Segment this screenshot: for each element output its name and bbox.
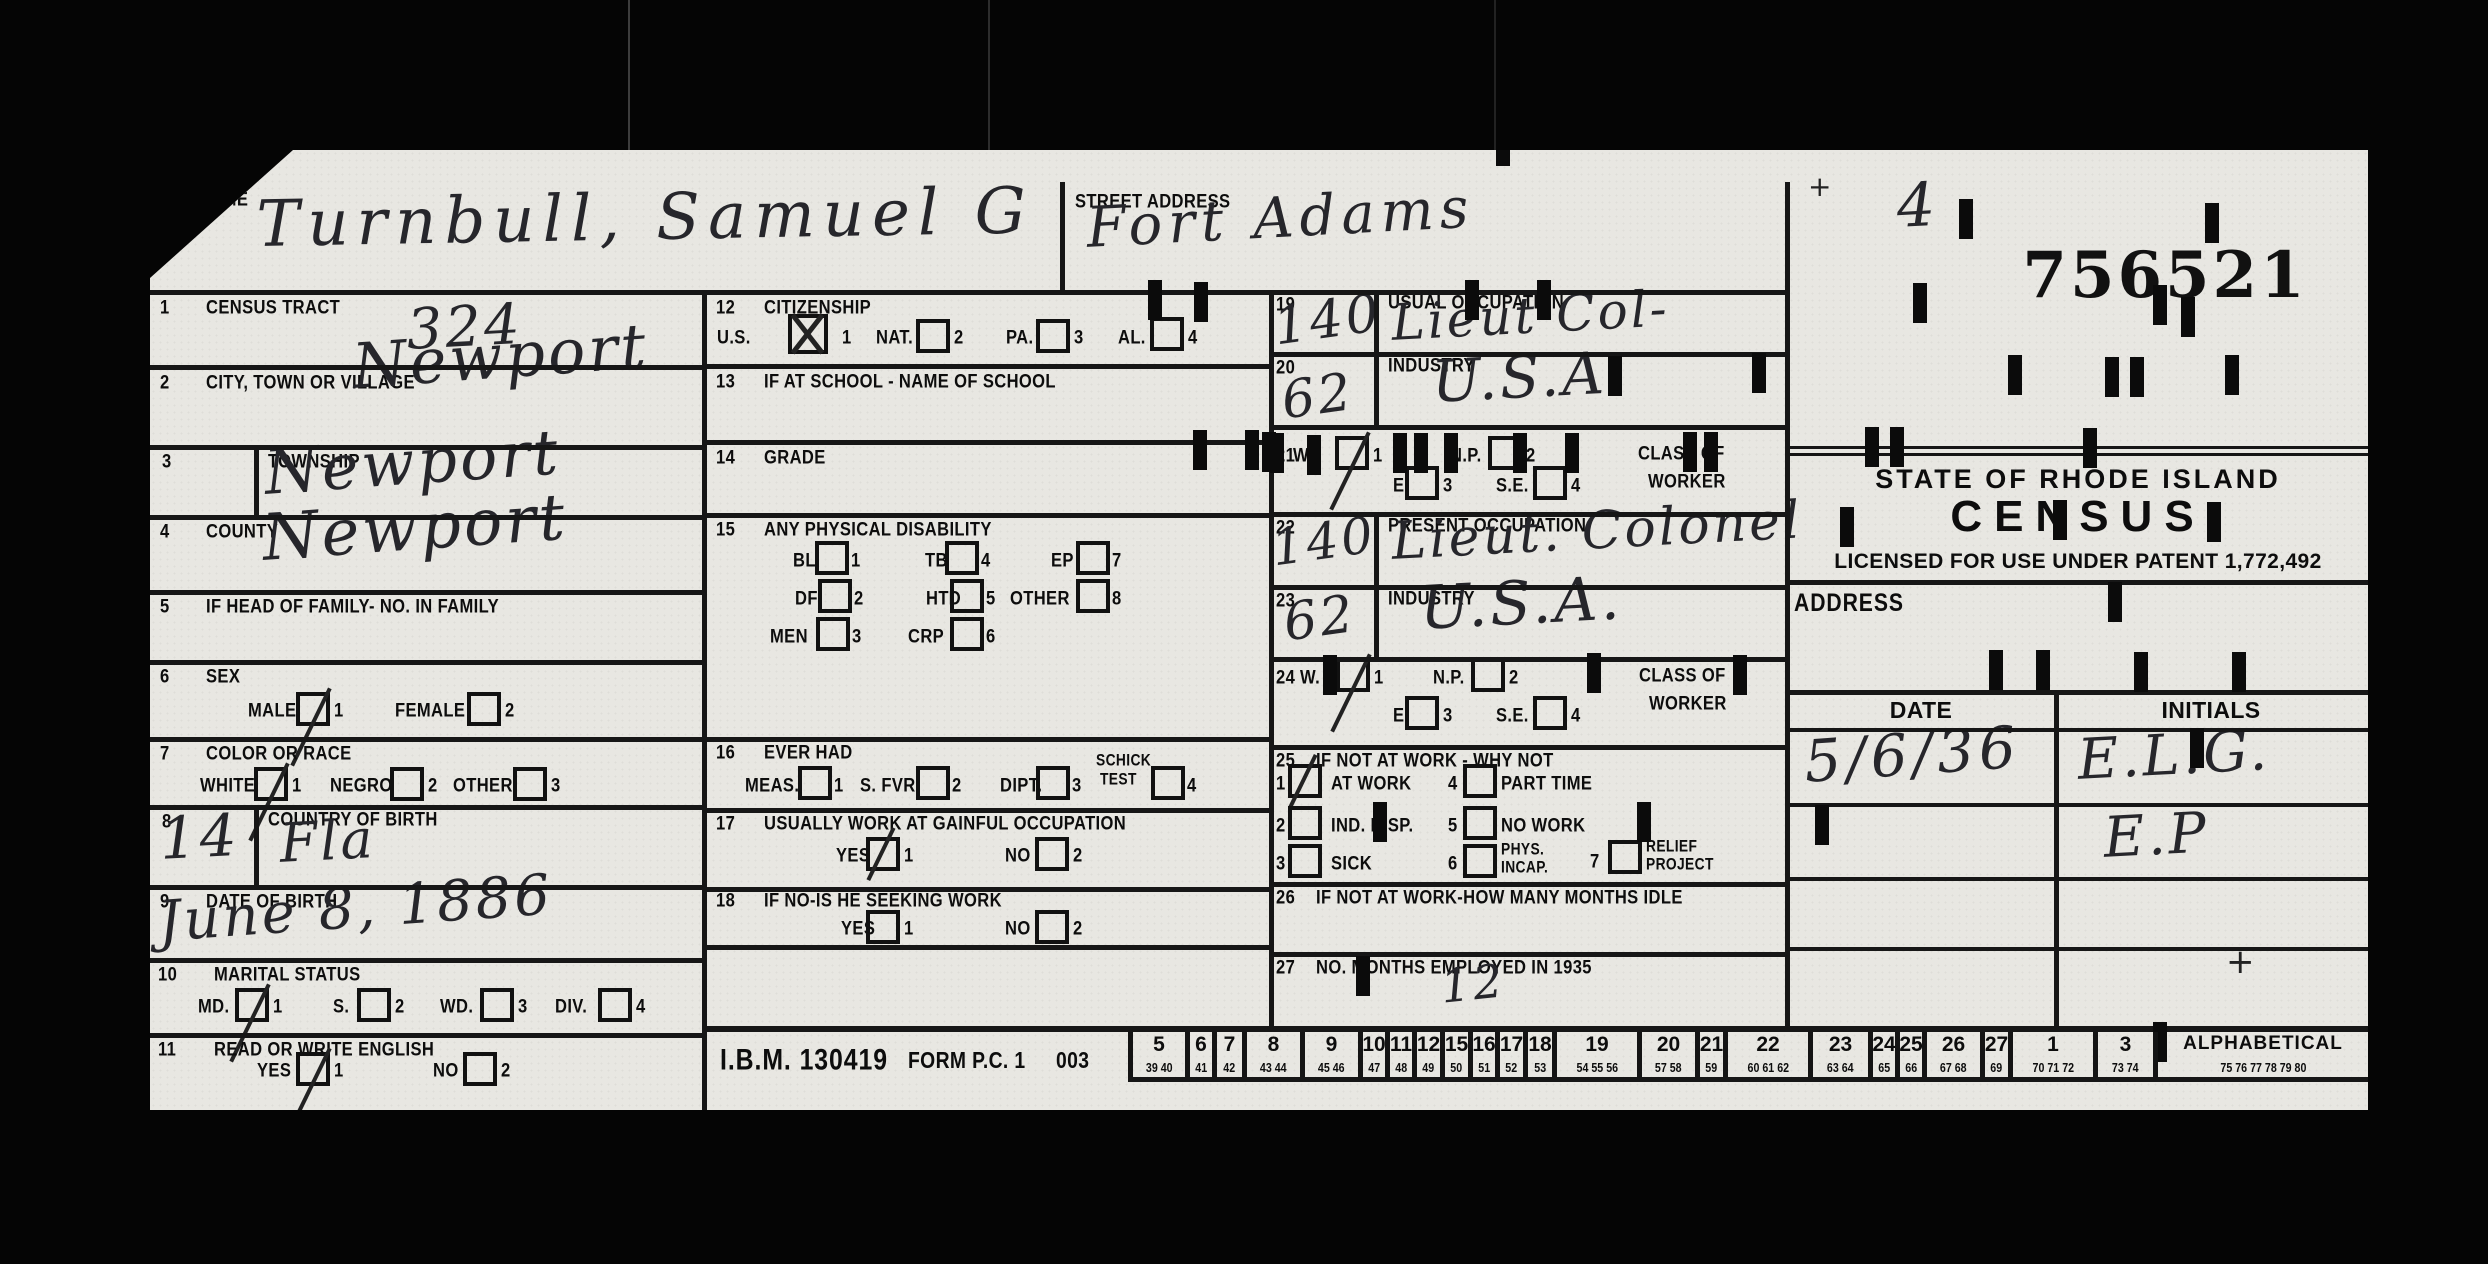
- punch-column-field-number: 27: [1985, 1033, 2008, 1057]
- punch-column-card-columns: 51: [1478, 1060, 1490, 1075]
- field20-value: U.S.A.: [1430, 338, 1630, 416]
- grid-line: [1269, 290, 1274, 1026]
- punch-mark: [1565, 433, 1579, 473]
- punch-mark: [2130, 357, 2144, 397]
- field6-number: 6: [160, 665, 170, 688]
- schick-test-label-line1: SCHICK: [1096, 751, 1151, 770]
- field18-label: IF NO-IS HE SEEKING WORK: [764, 889, 1002, 912]
- seeking-no-code: 2: [1073, 917, 1083, 940]
- form-pc-label: FORM P.C. 1: [908, 1048, 1026, 1074]
- grid-line: [150, 805, 705, 810]
- grid-line: [1374, 290, 1379, 352]
- punch-column-card-columns: 41: [1195, 1060, 1207, 1075]
- gainful-yes-code: 1: [904, 844, 914, 867]
- punch-column-cell-alphabetical: ALPHABETICAL75 76 77 78 79 80: [2153, 1032, 2368, 1077]
- punch-column-card-columns: 54 55 56: [1576, 1060, 1617, 1075]
- pa-code: 3: [1074, 326, 1084, 349]
- gainful-yes-checkbox-checked: [866, 837, 900, 871]
- grid-line: [150, 365, 705, 370]
- punch-column-field-number: 16: [1472, 1033, 1495, 1057]
- film-scratch: [1494, 0, 1496, 150]
- field17-label: USUALLY WORK AT GAINFUL OCCUPATION: [764, 812, 1126, 835]
- field3-number: 3: [162, 450, 172, 473]
- white-code: 1: [292, 774, 302, 797]
- field13-label: IF AT SCHOOL - NAME OF SCHOOL: [764, 370, 1056, 393]
- married-code: 1: [273, 995, 283, 1018]
- seeking-yes-checkbox: [866, 910, 900, 944]
- no-work-code: 5: [1448, 814, 1458, 837]
- other-race-code: 3: [551, 774, 561, 797]
- scarlet-fever-checkbox: [916, 766, 950, 800]
- negro-checkbox: [390, 767, 424, 801]
- part-time-label: PART TIME: [1501, 772, 1592, 795]
- punch-column-field-number: 18: [1528, 1033, 1551, 1057]
- date-value: 5/6/36: [1802, 713, 2023, 796]
- field14-label: GRADE: [764, 446, 826, 469]
- film-scratch: [988, 0, 990, 152]
- punch-mark: [2153, 285, 2167, 325]
- al-label: AL.: [1118, 326, 1146, 349]
- punch-column-card-columns: 50: [1451, 1060, 1463, 1075]
- relief-project-checkbox: [1608, 840, 1642, 874]
- part-time-code: 4: [1448, 772, 1458, 795]
- punch-mark: [1752, 353, 1766, 393]
- ep-checkbox: [1076, 541, 1110, 575]
- grid-line: [2054, 690, 2059, 1026]
- punch-column-card-columns: 48: [1395, 1060, 1407, 1075]
- class24-worker-label-line2: WORKER: [1649, 692, 1727, 715]
- field5-label: IF HEAD OF FAMILY- NO. IN FAMILY: [206, 595, 499, 618]
- punch-column-cell-3: 373 74: [2093, 1032, 2153, 1077]
- schick-test-checkbox: [1151, 766, 1185, 800]
- grid-line: [702, 290, 707, 1110]
- registration-mark: +: [166, 202, 195, 242]
- punch-mark: [1587, 653, 1601, 693]
- punch-mark: [1193, 430, 1207, 470]
- name-value: Turnbull, Samuel G: [256, 174, 1034, 262]
- grid-line: [1788, 690, 2368, 695]
- grid-line: [1272, 657, 1788, 662]
- punch-column-cell-25: 2566: [1895, 1032, 1922, 1077]
- ibm-form-number: I.B.M. 130419: [720, 1043, 888, 1077]
- punch-mark: [2190, 728, 2204, 768]
- punch-column-card-columns: 47: [1368, 1060, 1380, 1075]
- class21-worker-label-line2: WORKER: [1648, 470, 1726, 493]
- bl-label: BL: [793, 549, 816, 572]
- diphtheria-checkbox: [1036, 766, 1070, 800]
- punch-column-cell-5: 539 40: [1128, 1032, 1185, 1077]
- punch-column-cell-6: 641: [1185, 1032, 1212, 1077]
- punch-column-field-number: 12: [1417, 1033, 1440, 1057]
- punch-column-field-number: 17: [1500, 1033, 1523, 1057]
- grid-line: [1128, 1077, 2368, 1082]
- phys-incap-code: 6: [1448, 852, 1458, 875]
- phys-incap-label-line2: INCAP.: [1501, 858, 1548, 877]
- punch-column-cell-7: 742: [1212, 1032, 1242, 1077]
- widowed-code: 3: [518, 995, 528, 1018]
- divorced-code: 4: [636, 995, 646, 1018]
- punch-column-cell-20: 2057 58: [1637, 1032, 1695, 1077]
- field7-number: 7: [160, 742, 170, 765]
- pa-checkbox: [1036, 319, 1070, 353]
- bl-checkbox: [815, 541, 849, 575]
- grid-line: [1272, 952, 1788, 957]
- class24-w-code: 1: [1374, 666, 1384, 689]
- class24-e-checkbox: [1405, 696, 1439, 730]
- punch-column-cell-17: 1752: [1495, 1032, 1523, 1077]
- grid-line: [705, 945, 1272, 950]
- punch-mark: [1913, 283, 1927, 323]
- class21-w-code: 1: [1373, 444, 1383, 467]
- tb-checkbox: [945, 541, 979, 575]
- punch-column-cell-23: 2363 64: [1808, 1032, 1868, 1077]
- grid-line: [1272, 882, 1788, 887]
- punch-mark: [1356, 956, 1370, 996]
- male-label: MALE: [248, 699, 296, 722]
- field1-label: CENSUS TRACT: [206, 296, 340, 319]
- punch-column-card-columns: 39 40: [1146, 1060, 1173, 1075]
- punch-mark: [1989, 650, 2003, 690]
- punch-column-card-columns: 52: [1506, 1060, 1518, 1075]
- field9-value: June 8, 1886: [156, 862, 555, 954]
- punch-mark: [2036, 650, 2050, 690]
- field18-number: 18: [716, 889, 735, 912]
- class24-se-checkbox: [1533, 696, 1567, 730]
- grid-line: [1272, 425, 1788, 430]
- grid-line: [1788, 728, 2368, 732]
- us-code: 1: [842, 326, 852, 349]
- grid-line: [705, 737, 1272, 742]
- punch-column-cell-1: 170 71 72: [2008, 1032, 2093, 1077]
- divorced-checkbox: [598, 988, 632, 1022]
- single-code: 2: [395, 995, 405, 1018]
- punch-column-field-number: 26: [1942, 1033, 1965, 1057]
- punch-column-card-columns: 43 44: [1260, 1060, 1287, 1075]
- grid-line: [1374, 585, 1379, 657]
- scan-background: + NAME Turnbull, Samuel G STREET ADDRESS…: [0, 0, 2488, 1264]
- at-work-label: AT WORK: [1331, 772, 1411, 795]
- diphtheria-code: 3: [1072, 774, 1082, 797]
- punch-column-cell-8: 843 44: [1242, 1032, 1300, 1077]
- field1-number: 1: [160, 296, 170, 319]
- grid-line: [254, 445, 259, 515]
- punch-column-card-columns: 65: [1878, 1060, 1890, 1075]
- measles-code: 1: [834, 774, 844, 797]
- us-label: U.S.: [717, 326, 751, 349]
- relief-project-label-line1: RELIEF: [1646, 837, 1697, 856]
- other-disability-code: 8: [1112, 587, 1122, 610]
- punch-mark: [1704, 432, 1718, 472]
- punch-mark: [1608, 356, 1622, 396]
- scarlet-fever-code: 2: [952, 774, 962, 797]
- read-yes-code: 1: [334, 1059, 344, 1082]
- grid-line: [1788, 947, 2368, 951]
- punch-mark: [1537, 280, 1551, 320]
- field12-number: 12: [716, 296, 735, 319]
- seeking-no-checkbox: [1035, 910, 1069, 944]
- read-no-checkbox: [463, 1052, 497, 1086]
- census-title: CENSUS: [1788, 492, 2368, 542]
- field10-number: 10: [158, 963, 177, 986]
- crp-checkbox: [950, 617, 984, 651]
- state-title: STATE OF RHODE ISLAND: [1788, 464, 2368, 495]
- punch-column-field-number: 8: [1268, 1033, 1280, 1057]
- punch-column-cell-21: 2159: [1695, 1032, 1723, 1077]
- field23-value: U.S.A.: [1418, 563, 1624, 644]
- married-label: MD.: [198, 995, 229, 1018]
- married-checkbox-checked: [235, 988, 269, 1022]
- field6-label: SEX: [206, 665, 240, 688]
- other-race-label: OTHER: [453, 774, 513, 797]
- grid-line: [1374, 352, 1379, 425]
- punch-mark: [2225, 355, 2239, 395]
- punch-column-card-columns: 45 46: [1318, 1060, 1345, 1075]
- part-time-checkbox: [1463, 764, 1497, 798]
- field25-label: IF NOT AT WORK - WHY NOT: [1316, 749, 1554, 772]
- punch-mark: [1307, 435, 1321, 475]
- punch-mark: [2108, 582, 2122, 622]
- punch-mark: [2232, 652, 2246, 692]
- df-label: DF: [795, 587, 818, 610]
- field2-value: Newport: [350, 309, 651, 403]
- punch-column-cell-10: 1047: [1358, 1032, 1385, 1077]
- nat-code: 2: [954, 326, 964, 349]
- field15-number: 15: [716, 518, 735, 541]
- punch-column-cell-27: 2769: [1980, 1032, 2008, 1077]
- measles-label: MEAS.: [745, 774, 799, 797]
- punch-mark: [1496, 126, 1510, 166]
- men-label: MEN: [770, 625, 808, 648]
- field27-value: 12: [1438, 953, 1508, 1013]
- measles-checkbox: [798, 766, 832, 800]
- punch-mark: [1465, 280, 1479, 320]
- class24-worker-label-line1: CLASS OF: [1639, 664, 1726, 687]
- punch-column-field-number: 1: [2047, 1033, 2059, 1057]
- nat-label: NAT.: [876, 326, 913, 349]
- field11-number: 11: [158, 1038, 176, 1061]
- punch-mark: [1270, 433, 1284, 473]
- no-work-label: NO WORK: [1501, 814, 1585, 837]
- white-checkbox-checked: [254, 767, 288, 801]
- punch-column-card-columns: 67 68: [1940, 1060, 1967, 1075]
- read-yes-checkbox-checked: [296, 1052, 330, 1086]
- punch-column-field-number: 9: [1326, 1033, 1338, 1057]
- field15-label: ANY PHYSICAL DISABILITY: [764, 518, 992, 541]
- punch-column-card-columns: 49: [1423, 1060, 1435, 1075]
- street-address-value: Fort Adams: [1085, 176, 1476, 261]
- punch-column-cell-19: 1954 55 56: [1552, 1032, 1637, 1077]
- punch-mark: [1683, 432, 1697, 472]
- field13-number: 13: [716, 370, 735, 393]
- grid-line: [705, 513, 1272, 518]
- punch-mark: [1890, 427, 1904, 467]
- grid-line: [1788, 877, 2368, 881]
- us-checkbox-checked: [788, 314, 828, 354]
- seeking-no-label: NO: [1005, 917, 1031, 940]
- df-code: 2: [854, 587, 864, 610]
- relief-project-label-line2: PROJECT: [1646, 855, 1714, 874]
- grid-line: [1272, 512, 1788, 517]
- punch-mark: [2053, 500, 2067, 540]
- punch-mark: [1414, 433, 1428, 473]
- punch-column-card-columns: 42: [1224, 1060, 1236, 1075]
- registration-mark: +: [1808, 170, 1831, 203]
- grid-line: [1785, 182, 1790, 1026]
- punch-column-card-columns: 73 74: [2112, 1060, 2139, 1075]
- grid-line: [150, 1033, 705, 1038]
- punch-column-cell-22: 2260 61 62: [1723, 1032, 1808, 1077]
- class21-np-code: 2: [1526, 444, 1536, 467]
- men-checkbox: [816, 617, 850, 651]
- read-no-code: 2: [501, 1059, 511, 1082]
- grid-line: [150, 885, 705, 890]
- gainful-no-label: NO: [1005, 844, 1031, 867]
- pa-label: PA.: [1006, 326, 1033, 349]
- read-no-label: NO: [433, 1059, 459, 1082]
- single-label: S.: [333, 995, 349, 1018]
- bl-code: 1: [851, 549, 861, 572]
- female-label: FEMALE: [395, 699, 465, 722]
- form-edition-number: 003: [1056, 1048, 1089, 1074]
- grid-line: [1788, 580, 2368, 585]
- punch-column-cell-18: 1853: [1523, 1032, 1552, 1077]
- punch-mark: [1840, 507, 1854, 547]
- punch-mark: [1637, 802, 1651, 842]
- class21-se-code: 4: [1571, 474, 1581, 497]
- other-race-checkbox: [513, 767, 547, 801]
- field14-number: 14: [716, 446, 735, 469]
- punch-column-field-number: 24: [1872, 1033, 1895, 1057]
- punch-column-field-number: 20: [1657, 1033, 1680, 1057]
- ep-code: 7: [1112, 549, 1122, 572]
- field10-label: MARITAL STATUS: [214, 963, 361, 986]
- al-checkbox: [1150, 317, 1184, 351]
- punch-mark: [1959, 199, 1973, 239]
- punch-column-field-number: 3: [2120, 1033, 2132, 1057]
- grid-line: [254, 805, 259, 885]
- men-code: 3: [852, 625, 862, 648]
- htd-code: 5: [986, 587, 996, 610]
- punch-column-field-number: 21: [1700, 1033, 1723, 1057]
- punch-column-field-number: 5: [1153, 1033, 1165, 1057]
- class21-w-checkbox-checked: [1335, 436, 1369, 470]
- field4-number: 4: [160, 520, 170, 543]
- punch-column-field-number: 23: [1829, 1033, 1852, 1057]
- ep-label: EP: [1051, 549, 1074, 572]
- class24-e-code: 3: [1443, 704, 1453, 727]
- field20-code-value: 62: [1278, 362, 1358, 431]
- punch-column-card-columns: 63 64: [1827, 1060, 1854, 1075]
- punch-column-field-number: 6: [1195, 1033, 1207, 1057]
- grid-line: [1788, 803, 2368, 807]
- nat-checkbox: [916, 319, 950, 353]
- ind-disp-code: 2: [1276, 814, 1286, 837]
- relief-project-code: 7: [1590, 850, 1600, 873]
- punch-column-field-number: 11: [1390, 1033, 1412, 1057]
- other-disability-label: OTHER: [1010, 587, 1070, 610]
- punch-column-card-columns: 75 76 77 78 79 80: [2220, 1060, 2306, 1075]
- seeking-yes-code: 1: [904, 917, 914, 940]
- address-label: ADDRESS: [1794, 588, 1904, 618]
- punch-column-cell-11: 1148: [1385, 1032, 1412, 1077]
- punch-column-card-columns: 70 71 72: [2032, 1060, 2073, 1075]
- sick-label: SICK: [1331, 852, 1372, 875]
- negro-code: 2: [428, 774, 438, 797]
- class24-np-checkbox: [1471, 658, 1505, 692]
- punch-column-card-columns: 60 61 62: [1747, 1060, 1788, 1075]
- female-checkbox: [467, 692, 501, 726]
- phys-incap-checkbox: [1463, 844, 1497, 878]
- gainful-no-code: 2: [1073, 844, 1083, 867]
- punch-column-field-number: 19: [1585, 1033, 1608, 1057]
- grid-line: [1060, 182, 1065, 290]
- grid-line: [705, 440, 1272, 445]
- class24-w-label: W.: [1300, 666, 1320, 689]
- punch-mark: [1733, 655, 1747, 695]
- punch-column-field-number: 22: [1756, 1033, 1779, 1057]
- class24-np-label: N.P.: [1433, 666, 1465, 689]
- punch-column-card-columns: 53: [1534, 1060, 1546, 1075]
- initials-value-2: E.P: [2102, 800, 2211, 870]
- field7-label: COLOR OR RACE: [206, 742, 352, 765]
- male-checkbox-checked: [296, 692, 330, 726]
- grid-line: [150, 737, 705, 742]
- field16-label: EVER HAD: [764, 741, 853, 764]
- ind-disp-checkbox: [1288, 806, 1322, 840]
- punch-mark: [1865, 427, 1879, 467]
- punch-mark: [1513, 433, 1527, 473]
- punch-mark: [2083, 428, 2097, 468]
- field26-number: 26: [1276, 886, 1295, 909]
- grid-line: [1374, 512, 1379, 585]
- punch-column-field-number: 15: [1445, 1033, 1468, 1057]
- grid-line: [705, 364, 1272, 369]
- field8-value: Fla: [278, 807, 377, 875]
- white-label: WHITE: [200, 774, 255, 797]
- punch-mark: [2205, 203, 2219, 243]
- punch-column-cell-9: 945 46: [1300, 1032, 1358, 1077]
- punch-mark: [1323, 655, 1337, 695]
- panel-handwritten-number: 4: [1895, 170, 1940, 242]
- grid-line: [705, 808, 1272, 813]
- punch-column-cell-24: 2465: [1868, 1032, 1895, 1077]
- class21-e-code: 3: [1443, 474, 1453, 497]
- punch-mark: [1444, 433, 1458, 473]
- punch-column-card-columns: 69: [1991, 1060, 2003, 1075]
- class24-se-code: 4: [1571, 704, 1581, 727]
- field26-label: IF NOT AT WORK-HOW MANY MONTHS IDLE: [1316, 886, 1683, 909]
- tb-code: 4: [981, 549, 991, 572]
- male-code: 1: [334, 699, 344, 722]
- field23-code-value: 62: [1280, 584, 1360, 653]
- class24-np-code: 2: [1509, 666, 1519, 689]
- grid-line: [1272, 585, 1788, 590]
- crp-label: CRP: [908, 625, 944, 648]
- sick-code: 3: [1276, 852, 1286, 875]
- punch-column-cell-16: 1651: [1468, 1032, 1495, 1077]
- grid-line: [1272, 745, 1788, 750]
- scarlet-fever-label: S. FVR.: [860, 774, 921, 797]
- al-code: 4: [1188, 326, 1198, 349]
- punch-column-card-columns: 66: [1905, 1060, 1917, 1075]
- other-disability-checkbox: [1076, 579, 1110, 613]
- grid-line: [150, 445, 705, 450]
- at-work-code: 1: [1276, 772, 1286, 795]
- patent-notice: LICENSED FOR USE UNDER PATENT 1,772,492: [1788, 550, 2368, 574]
- punch-mark: [2134, 652, 2148, 692]
- field2-number: 2: [160, 371, 170, 394]
- at-work-checkbox-checked: [1288, 764, 1322, 798]
